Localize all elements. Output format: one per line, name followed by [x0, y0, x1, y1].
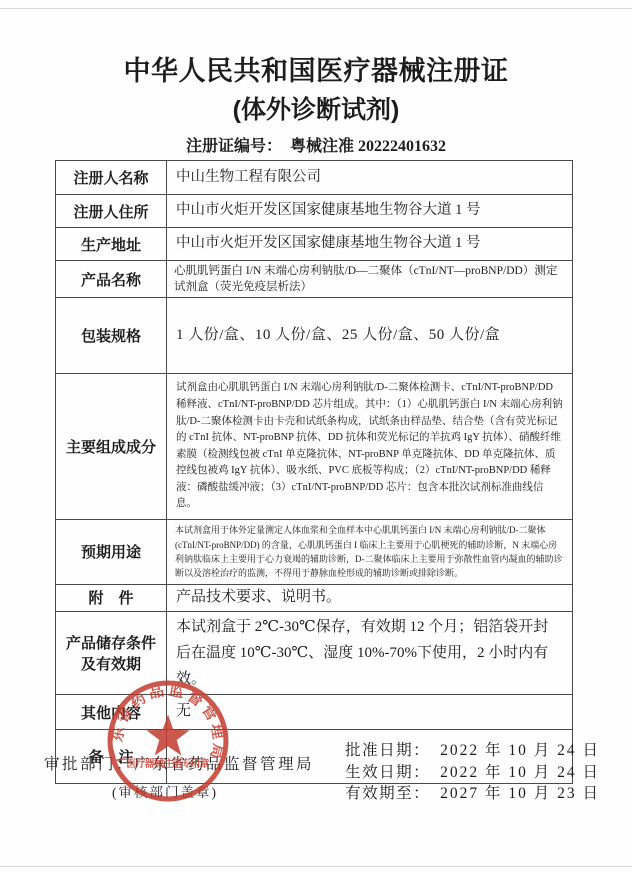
row-value-product-name: 心肌肌钙蛋白 I/N 末端心房利钠肽/D—二聚体（cTnI/NT—proBNP/…	[167, 261, 573, 298]
official-red-seal: 广东省药品监督管理局 医疗器械注册专用章	[105, 678, 231, 804]
certificate-title: 中华人民共和国医疗器械注册证	[0, 49, 632, 88]
row-label-main-components: 主要组成成分	[56, 374, 167, 520]
row-label-registrant-name: 注册人名称	[56, 161, 167, 195]
table-row-production-address: 生产地址 中山市火炬开发区国家健康基地生物谷大道 1 号	[56, 228, 573, 261]
certificate-page: 中华人民共和国医疗器械注册证 (体外诊断试剂) 注册证编号：粤械注准 20222…	[0, 0, 632, 873]
table-row-intended-use: 预期用途 本试剂盒用于体外定量测定人体血浆和全血样本中心肌肌钙蛋白 I/N 末端…	[56, 520, 573, 585]
approval-date-label: 批准日期：	[345, 740, 430, 762]
approval-date-line: 批准日期： 2022 年 10 月 24 日	[345, 740, 600, 762]
expiry-date-value: 2027 年 10 月 23 日	[440, 783, 600, 805]
table-row-main-components: 主要组成成分 试剂盒由心肌肌钙蛋白 I/N 末端心房利钠肽/D-二聚体检测卡、c…	[56, 374, 573, 520]
row-value-production-address: 中山市火炬开发区国家健康基地生物谷大道 1 号	[167, 228, 573, 261]
seal-star-icon	[146, 715, 189, 756]
effective-date-line: 生效日期： 2022 年 10 月 24 日	[345, 762, 600, 784]
table-row-product-name: 产品名称 心肌肌钙蛋白 I/N 末端心房利钠肽/D—二聚体（cTnI/NT—pr…	[56, 261, 573, 298]
scan-artifact-line-bottom	[0, 866, 632, 867]
date-block: 批准日期： 2022 年 10 月 24 日 生效日期： 2022 年 10 月…	[345, 740, 600, 805]
row-value-intended-use: 本试剂盒用于体外定量测定人体血浆和全血样本中心肌肌钙蛋白 I/N 末端心房利钠肽…	[167, 520, 573, 585]
approval-date-value: 2022 年 10 月 24 日	[440, 740, 600, 762]
table-row-packaging-spec: 包装规格 1 人份/盒、10 人份/盒、25 人份/盒、50 人份/盒	[56, 298, 573, 374]
table-row-registrant-address: 注册人住所 中山市火炬开发区国家健康基地生物谷大道 1 号	[56, 195, 573, 228]
row-label-intended-use: 预期用途	[56, 520, 167, 585]
expiry-date-line: 有效期至： 2027 年 10 月 23 日	[345, 783, 600, 805]
row-label-packaging-spec: 包装规格	[56, 298, 167, 374]
row-value-registrant-address: 中山市火炬开发区国家健康基地生物谷大道 1 号	[167, 195, 573, 228]
registration-number-label: 注册证编号：	[186, 138, 282, 155]
row-label-attachments: 附 件	[56, 584, 167, 611]
table-row-registrant-name: 注册人名称 中山生物工程有限公司	[56, 161, 573, 195]
table-row-attachments: 附 件 产品技术要求、说明书。	[56, 584, 573, 611]
row-label-production-address: 生产地址	[56, 228, 167, 261]
effective-date-value: 2022 年 10 月 24 日	[440, 762, 600, 784]
row-label-product-name: 产品名称	[56, 261, 167, 298]
row-value-packaging-spec: 1 人份/盒、10 人份/盒、25 人份/盒、50 人份/盒	[167, 298, 573, 374]
certificate-subtitle: (体外诊断试剂)	[0, 90, 632, 126]
row-label-registrant-address: 注册人住所	[56, 195, 167, 228]
seal-badge-text: 医疗器械注册专用章	[126, 757, 209, 770]
row-value-registrant-name: 中山生物工程有限公司	[167, 161, 573, 195]
registration-number-line: 注册证编号：粤械注准 20222401632	[0, 133, 632, 156]
row-value-main-components: 试剂盒由心肌肌钙蛋白 I/N 末端心房利钠肽/D-二聚体检测卡、cTnI/NT-…	[167, 374, 573, 520]
scan-artifact-line-top	[0, 8, 632, 9]
registration-number-value: 粤械注准 20222401632	[290, 138, 446, 155]
effective-date-label: 生效日期：	[345, 762, 430, 784]
row-value-attachments: 产品技术要求、说明书。	[167, 584, 573, 611]
expiry-date-label: 有效期至：	[345, 783, 430, 805]
